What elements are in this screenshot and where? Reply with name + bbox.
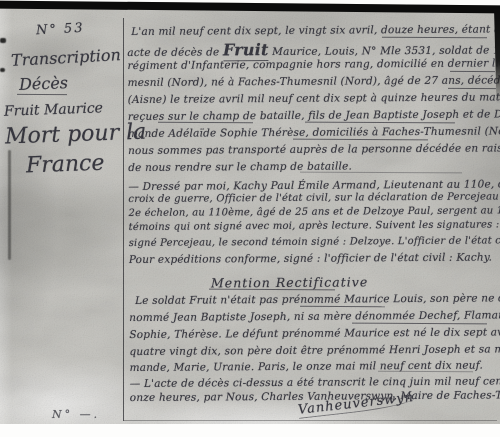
act-line: mesnil (Nord), né à Faches-Thumesnil (No… bbox=[128, 74, 500, 89]
mention-line: nommé Jean Baptiste Joseph, ni sa mère d… bbox=[129, 309, 500, 324]
act-number: N° 53 bbox=[36, 21, 85, 39]
scan-edge-streak bbox=[8, 150, 11, 260]
closing-line: signé Percejeau, le second témoin signé … bbox=[129, 235, 500, 249]
mention-line: quatre vingt dix, son père doit être pré… bbox=[129, 343, 500, 358]
closing-line: Pour expéditions conforme, signé : l'off… bbox=[129, 251, 492, 266]
margin-bottom-number: N° —. bbox=[52, 408, 100, 421]
closing-line: 2e échelon, au 110ème, âgé de 25 ans et … bbox=[128, 204, 500, 219]
mention-line: Sophie, Thérèse. Le défunt prénommé Maur… bbox=[129, 326, 500, 341]
margin-deces-label: Décès bbox=[19, 73, 69, 94]
transcript-line: — L'acte de décès ci-dessus a été transc… bbox=[130, 375, 500, 390]
act-line-pre: acte de décès de bbox=[127, 46, 223, 59]
act-line-post: Maurice, Louis, N° Mle 3531, soldat de 1… bbox=[269, 44, 500, 58]
act-line: acte de décès de Fruit Maurice, Louis, N… bbox=[127, 38, 500, 60]
mort-pour-la-france-line2: France bbox=[26, 151, 105, 179]
scan-edge-mark bbox=[0, 68, 5, 72]
act-line: L'an mil neuf cent dix sept, le vingt si… bbox=[131, 23, 500, 38]
closing-line: croix de guerre, Officier de l'état civi… bbox=[128, 191, 500, 205]
margin-divider-rule bbox=[123, 18, 124, 421]
act-line: mande Adélaïde Sophie Thérèse, domicilié… bbox=[128, 125, 500, 140]
page-bottom-gap bbox=[0, 424, 500, 437]
scan-edge-mark bbox=[0, 38, 6, 43]
closing-line: témoins qui ont signé avec moi, après le… bbox=[129, 219, 500, 233]
act-line: nous sommes pas transporté auprès de la … bbox=[128, 142, 500, 157]
underline-faches bbox=[450, 71, 495, 72]
act-line: (Aisne) le treize avril mil neuf cent di… bbox=[128, 90, 500, 106]
closing-line: — Dressé par moi, Kachy Paul Émile Arman… bbox=[128, 178, 500, 193]
mention-line: Le soldat Fruit n'était pas prénommé Mau… bbox=[135, 292, 500, 307]
mort-pour-la-france-line1: Mort pour la bbox=[5, 120, 147, 150]
act-line: régiment d'Infanterie, compagnie hors ra… bbox=[127, 57, 500, 72]
